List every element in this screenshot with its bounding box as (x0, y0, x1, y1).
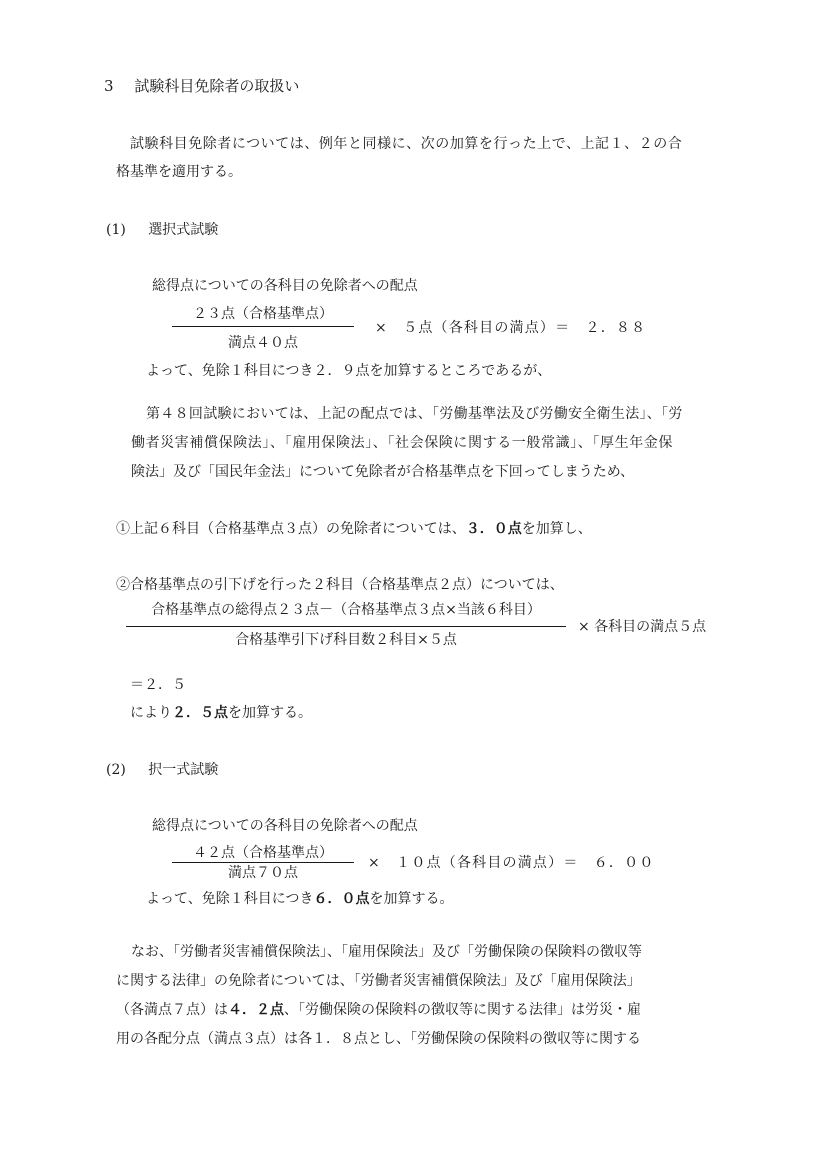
formula-2-result: により２．５点を加算する。 (130, 706, 312, 720)
formula-3-multiplier: × １０点（各科目の満点）＝ ６．００ (368, 856, 655, 870)
note-line-3-text: （各満点７点）は (116, 1002, 228, 1018)
formula-2-result-end: を加算する。 (228, 705, 312, 721)
paragraph-line-2: 働者災害補償保険法」、「雇用保険法」、「社会保険に関する一般常識」、「厚生年金保 (131, 436, 673, 450)
item-1-text: ①上記６科目（合格基準点３点）の免除者については、 (116, 521, 466, 537)
subsection-2-heading: (2) 択一式試験 (106, 763, 218, 777)
formula-3-numerator: ４２点（合格基準点） (172, 846, 354, 860)
item-1-text-end: を加算し、 (522, 521, 592, 537)
formula-3-label: 総得点についての各科目の免除者への配点 (152, 819, 418, 833)
formula-3-result: よって、免除１科目につき６．０点を加算する。 (146, 892, 453, 906)
subsection-2-number: (2) (106, 762, 126, 778)
subsection-1-heading: (1) 選択式試験 (106, 223, 218, 237)
paragraph-line-3: 険法」及び「国民年金法」について免除者が合格基準点を下回ってしまうため、 (131, 465, 634, 479)
formula-2-result-text: により (130, 705, 172, 721)
formula-2-equals: ＝２．５ (130, 678, 186, 692)
formula-2-fraction-line (126, 626, 566, 627)
formula-2-numerator: 合格基準点の総得点２３点－（合格基準点３点×当該６科目） (126, 603, 566, 617)
note-line-2: に関する法律」の免除者については、「労働者災害補償保険法」及び「雇用保険法」 (116, 974, 641, 988)
paragraph-line-1: 第４８回試験においては、上記の配点では、「労働基準法及び労働安全衛生法」、「労 (146, 407, 683, 421)
formula-3-result-text: よって、免除１科目につき (146, 891, 313, 907)
formula-1-label: 総得点についての各科目の免除者への配点 (152, 279, 418, 293)
intro-line-1: 試験科目免除者については、例年と同様に、次の加算を行った上で、上記１、２の合 (130, 137, 682, 151)
subsection-1-number: (1) (106, 222, 126, 238)
formula-2-bold-value: ２．５点 (172, 705, 228, 721)
formula-1-denominator: 満点４０点 (172, 336, 354, 350)
formula-1-numerator: ２３点（合格基準点） (172, 307, 354, 321)
formula-3-bold-value: ６．０点 (313, 891, 369, 907)
section-title: 試験科目免除者の取扱い (134, 77, 299, 95)
subsection-1-title: 選択式試験 (148, 222, 218, 238)
note-line-3: （各満点７点）は４．２点、「労働保険の保険料の徴収等に関する法律」は労災・雇 (116, 1003, 641, 1017)
formula-3-fraction-line (172, 862, 354, 863)
formula-1-fraction-line (172, 326, 354, 327)
subsection-2-title: 択一式試験 (148, 762, 218, 778)
note-bold-value: ４．２点 (228, 1002, 284, 1018)
formula-1-multiplier: × ５点（各科目の満点）＝ ２．８８ (375, 321, 646, 335)
formula-2-multiplier: × 各科目の満点５点 (578, 620, 706, 634)
section-number: 3 (104, 77, 114, 95)
formula-3-result-end: を加算する。 (369, 891, 453, 907)
formula-3-denominator: 満点７０点 (172, 866, 354, 880)
formula-2-denominator: 合格基準引下げ科目数２科目×５点 (126, 633, 566, 647)
note-line-1: なお、「労働者災害補償保険法」、「雇用保険法」及び「労働保険の保険料の徴収等 (131, 945, 642, 959)
intro-line-2: 格基準を適用する。 (116, 165, 242, 179)
formula-1-result: よって、免除１科目につき２．９点を加算するところであるが、 (146, 364, 551, 378)
note-line-3-end: 、「労働保険の保険料の徴収等に関する法律」は労災・雇 (284, 1002, 641, 1018)
item-1: ①上記６科目（合格基準点３点）の免除者については、３．０点を加算し、 (116, 522, 592, 536)
section-heading: 3 試験科目免除者の取扱い (104, 79, 299, 94)
item-2-heading: ②合格基準点の引下げを行った２科目（合格基準点２点）については、 (116, 578, 564, 592)
item-1-bold-value: ３．０点 (466, 521, 522, 537)
note-line-4: 用の各配分点（満点３点）は各１．８点とし、「労働保険の保険料の徴収等に関する (116, 1032, 641, 1046)
